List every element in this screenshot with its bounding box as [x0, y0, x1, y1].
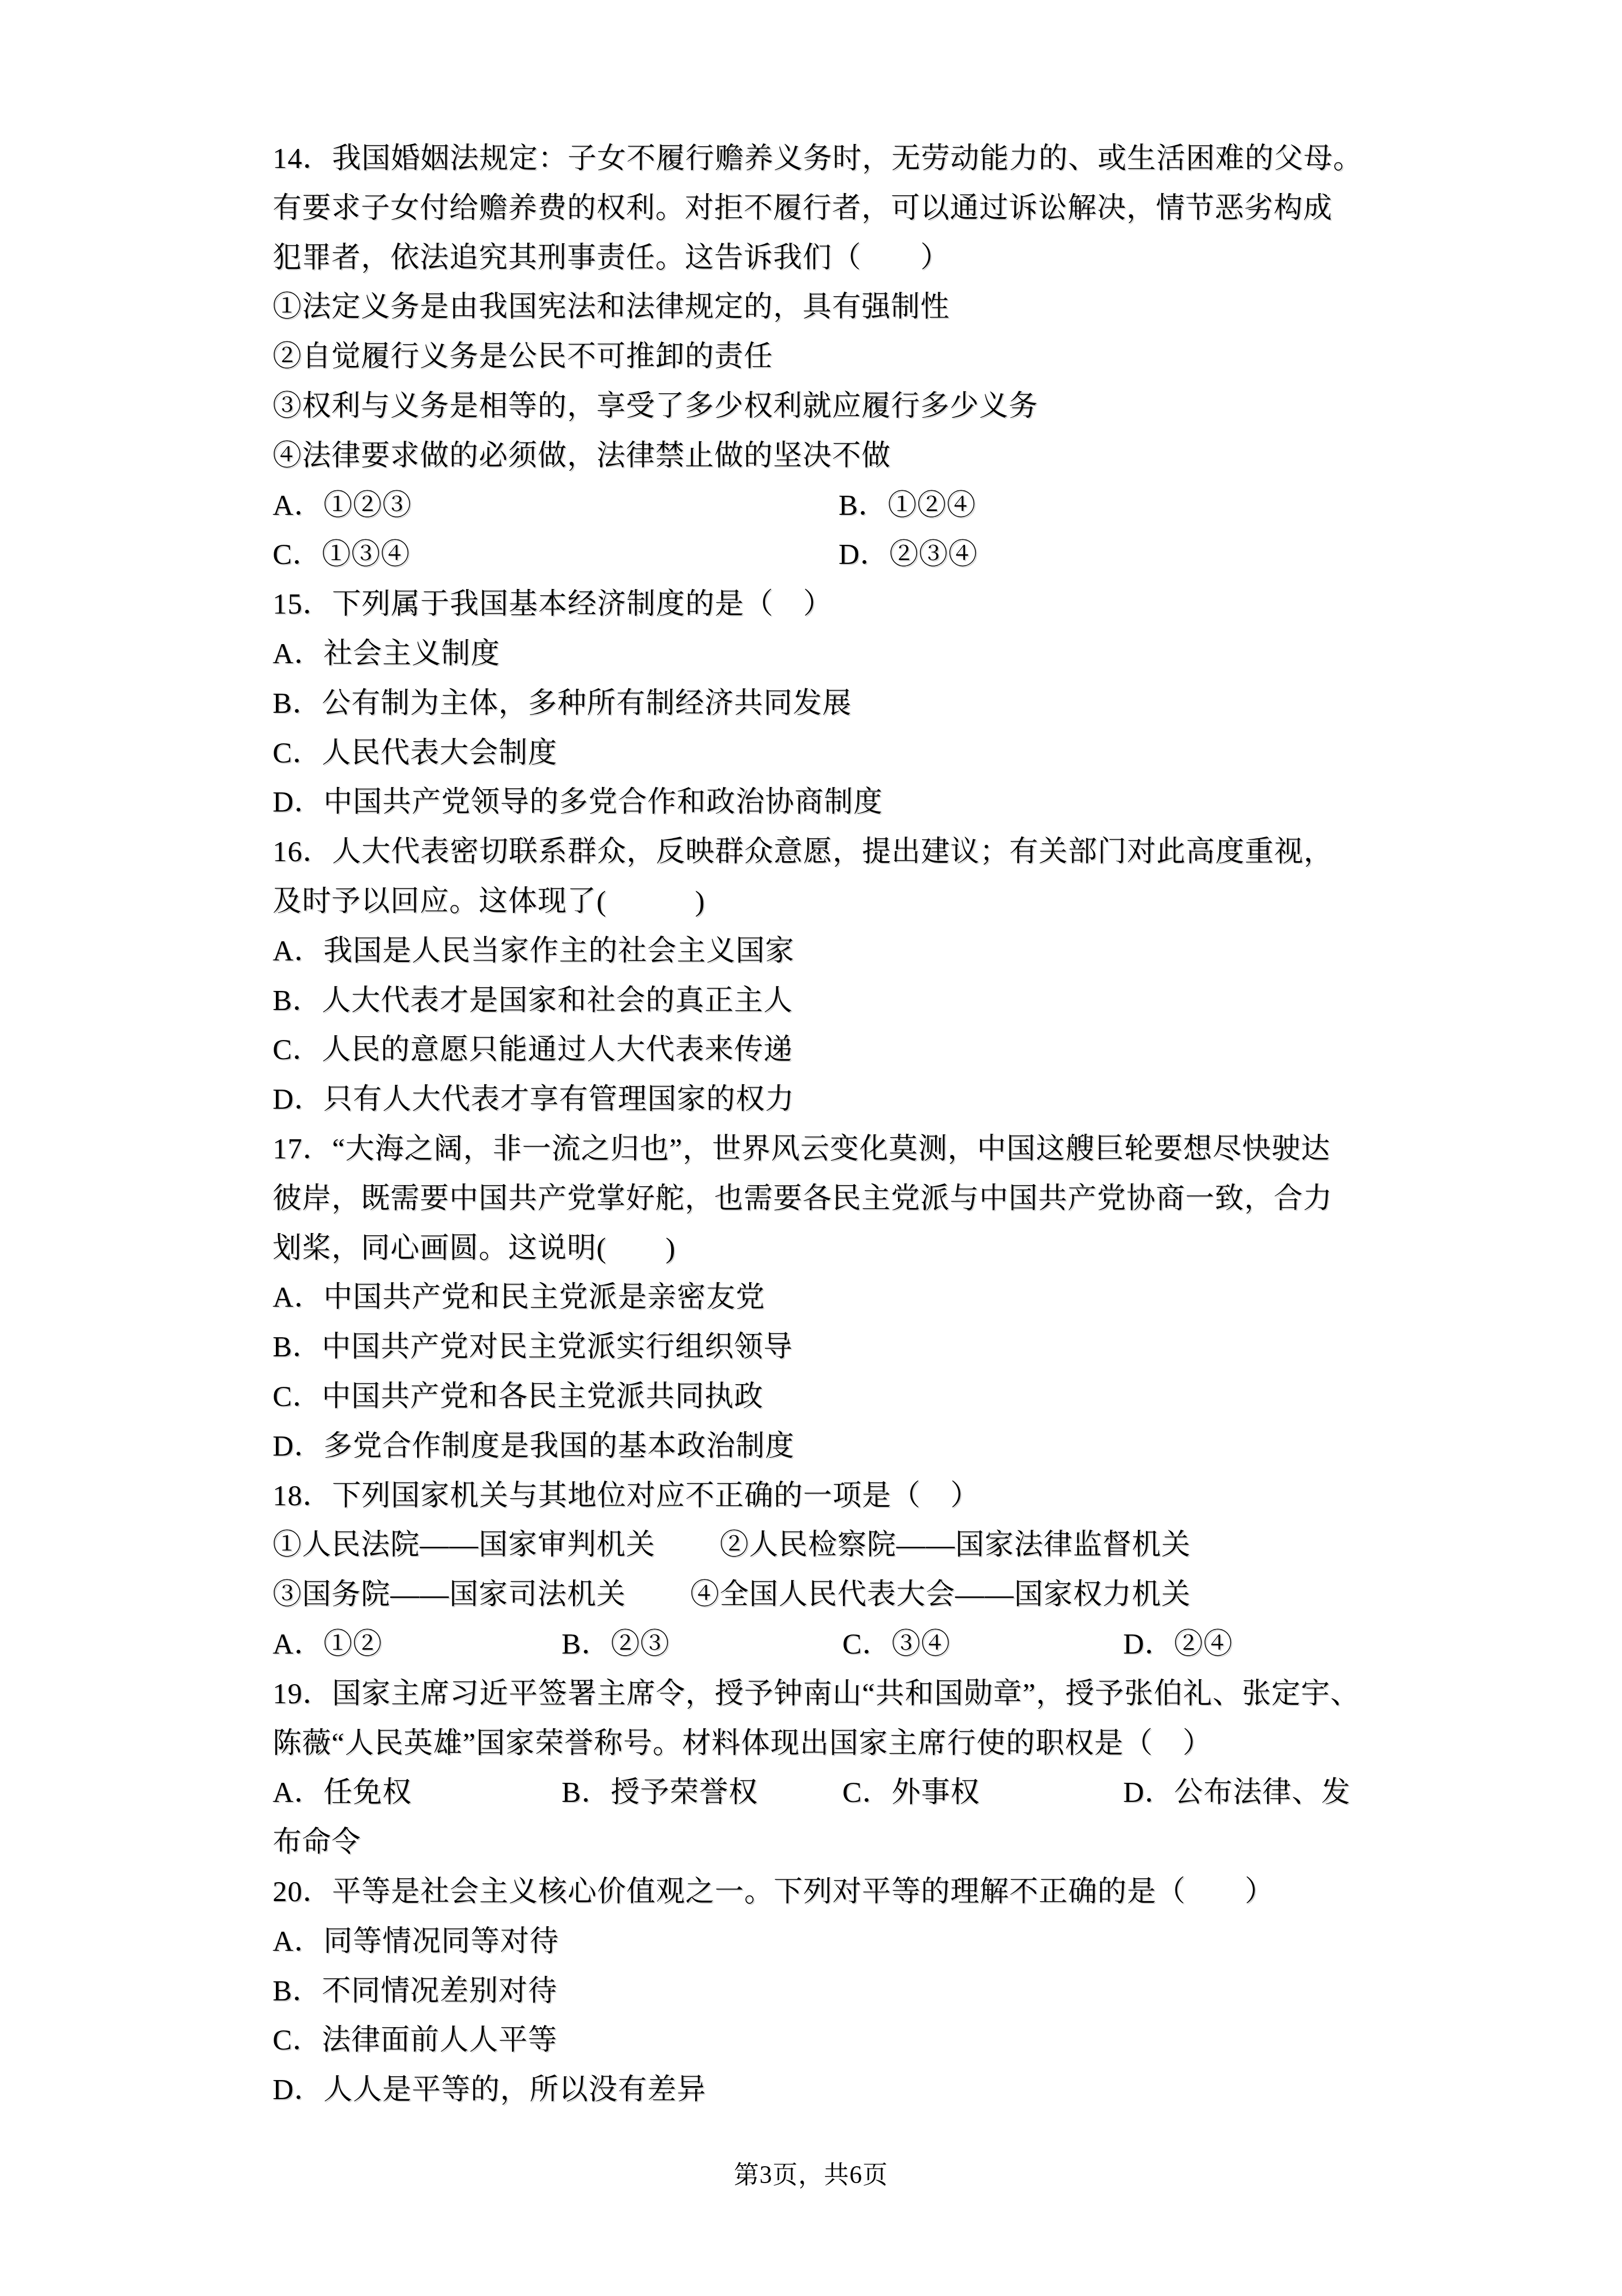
text-line-segment: B．中国共产党对民主党派实行组织领导	[273, 1331, 793, 1363]
text-line-segment: D．②③④	[839, 539, 978, 570]
exam-paper-page: 14．我国婚姻法规定：子女不履行赡养义务时，无劳动能力的、或生活困难的父母。有要…	[0, 0, 1622, 2296]
text-line-segment: D．②④	[1123, 1628, 1233, 1660]
text-line-segment: D．多党合作制度是我国的基本政治制度	[273, 1431, 794, 1462]
text-line-segment: A．①②	[273, 1628, 382, 1660]
text-line-segment: B．授予荣誉权	[562, 1777, 758, 1808]
text-line-segment: C．中国共产党和各民主党派共同执政	[273, 1381, 763, 1413]
text-line-segment: ③权利与义务是相等的，享受了多少权利就应履行多少义务	[273, 390, 1038, 422]
text-line-segment: D．中国共产党领导的多党合作和政治协商制度	[273, 786, 883, 818]
text-line-segment: 及时予以回应。这体现了( )	[273, 886, 705, 917]
text-line-segment: D．公布法律、发	[1123, 1777, 1350, 1808]
text-line-segment: ④法律要求做的必须做，法律禁止做的坚决不做	[273, 440, 891, 472]
text-line-segment: B．①②④	[839, 490, 976, 521]
text-line-segment: C．①③④	[273, 539, 410, 570]
text-line-segment: ③国务院——国家司法机关	[273, 1579, 626, 1610]
text-line-segment: ②人民检察院——国家法律监督机关	[720, 1529, 1191, 1561]
text-line-segment: C．外事权	[842, 1777, 980, 1808]
text-line-segment: 划桨，同心画圆。这说明( )	[273, 1233, 676, 1264]
text-line-segment: 布命令	[273, 1826, 361, 1858]
text-line-segment: C．人民的意愿只能通过人大代表来传递	[273, 1034, 793, 1066]
text-line-segment: B．不同情况差别对待	[273, 1975, 557, 2007]
text-line-segment: 20．平等是社会主义核心价值观之一。下列对平等的理解不正确的是（ ）	[273, 1876, 1274, 1908]
text-line-segment: B．公有制为主体，多种所有制经济共同发展	[273, 688, 852, 719]
text-line-segment: 犯罪者，依法追究其刑事责任。这告诉我们（ ）	[273, 242, 950, 274]
text-line-segment: ①法定义务是由我国宪法和法律规定的，具有强制性	[273, 291, 950, 323]
text-line-segment: A．同等情况同等对待	[273, 1926, 559, 1957]
text-line-segment: C．人民代表大会制度	[273, 737, 557, 769]
text-line-segment: C．法律面前人人平等	[273, 2024, 557, 2056]
text-line-segment: 17．“大海之阔，非一流之归也”，世界风云变化莫测，中国这艘巨轮要想尽快驶达	[273, 1133, 1330, 1165]
text-line-segment: B．②③	[562, 1628, 670, 1660]
text-line-segment: 16．人大代表密切联系群众，反映群众意愿，提出建议；有关部门对此高度重视，	[273, 836, 1333, 868]
text-line-segment: 彼岸，既需要中国共产党掌好舵，也需要各民主党派与中国共产党协商一致，合力	[273, 1183, 1332, 1215]
page-number-footer: 第3页，共6页	[734, 2161, 888, 2189]
text-line-segment: A．任免权	[273, 1777, 412, 1808]
text-line-segment: A．社会主义制度	[273, 638, 500, 670]
text-line-segment: 有要求子女付给赡养费的权利。对拒不履行者，可以通过诉讼解决，情节恶劣构成	[273, 193, 1332, 224]
text-line-segment: B．人大代表才是国家和社会的真正主人	[273, 985, 793, 1017]
text-line-segment: ①人民法院——国家审判机关	[273, 1529, 655, 1561]
text-line-segment: 18．下列国家机关与其地位对应不正确的一项是（ ）	[273, 1480, 980, 1512]
text-line-segment: D．人人是平等的，所以没有差异	[273, 2074, 706, 2106]
text-line-segment: ④全国人民代表大会——国家权力机关	[690, 1579, 1191, 1610]
document-body: 14．我国婚姻法规定：子女不履行赡养义务时，无劳动能力的、或生活困难的父母。有要…	[0, 0, 1622, 2296]
text-line-segment: 19．国家主席习近平签署主席令，授予钟南山“共和国勋章”，授予张伯礼、张定宇、	[273, 1678, 1360, 1710]
text-line-segment: D．只有人大代表才享有管理国家的权力	[273, 1084, 794, 1115]
text-line-segment: 15．下列属于我国基本经济制度的是（ ）	[273, 588, 833, 620]
text-line-segment: 14．我国婚姻法规定：子女不履行赡养义务时，无劳动能力的、或生活困难的父母。	[273, 143, 1362, 175]
text-line-segment: A．我国是人民当家作主的社会主义国家	[273, 935, 794, 967]
text-line-segment: ②自觉履行义务是公民不可推卸的责任	[273, 341, 773, 372]
text-line-segment: C．③④	[842, 1628, 950, 1660]
text-line-segment: A．①②③	[273, 490, 412, 521]
text-line-segment: 陈薇“人民英雄”国家荣誉称号。材料体现出国家主席行使的职权是（ ）	[273, 1728, 1212, 1759]
text-line-segment: A．中国共产党和民主党派是亲密友党	[273, 1282, 765, 1313]
